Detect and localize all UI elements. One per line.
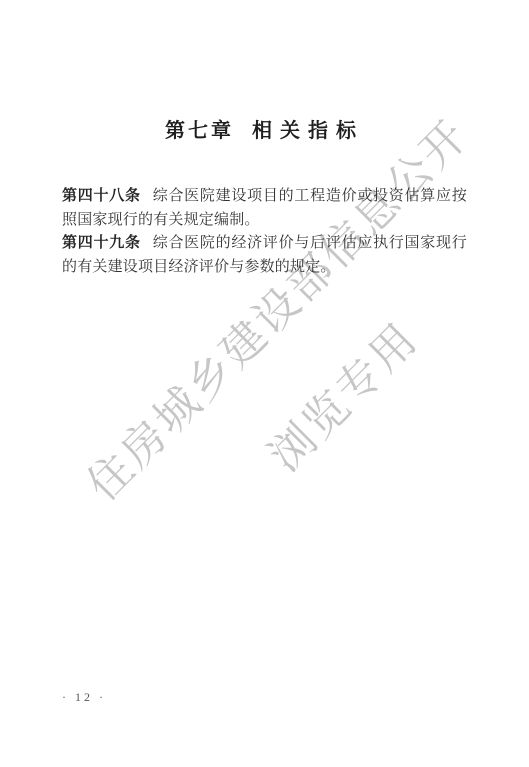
chapter-title: 第七章 相关指标	[0, 119, 529, 143]
chapter-name: 相关指标	[252, 120, 364, 142]
article-48-term: 第四十八条	[62, 188, 141, 204]
article-49-term: 第四十九条	[62, 235, 141, 251]
page-number-text: · 12 ·	[62, 690, 106, 704]
article-49: 第四十九条综合医院的经济评价与后评估应执行国家现行的有关建设项目经济评价与参数的…	[62, 232, 467, 279]
page-number: · 12 ·	[62, 690, 106, 704]
document-page: 住房城乡建设部信息公开 浏览专用 第七章 相关指标 第四十八条综合医院建设项目的…	[0, 0, 529, 767]
page-content: 第七章 相关指标 第四十八条综合医院建设项目的工程造价或投资估算应按照国家现行的…	[0, 0, 529, 279]
article-48: 第四十八条综合医院建设项目的工程造价或投资估算应按照国家现行的有关规定编制。	[62, 185, 467, 232]
watermark-line2: 浏览专用	[252, 305, 430, 483]
article-list: 第四十八条综合医院建设项目的工程造价或投资估算应按照国家现行的有关规定编制。 第…	[62, 185, 467, 279]
chapter-number: 第七章	[165, 120, 234, 142]
